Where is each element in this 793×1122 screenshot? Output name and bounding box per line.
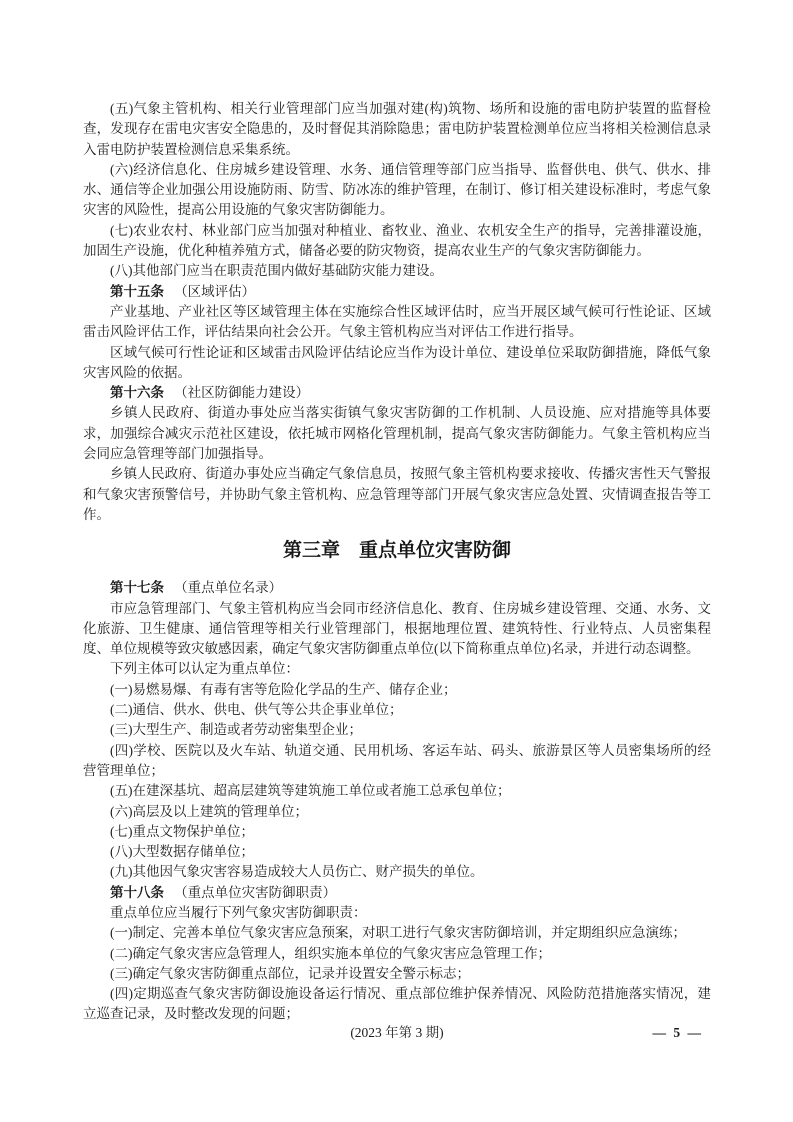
article-heading: 第十七条（重点单位名录） [83,578,711,598]
document-page: (五)气象主管机构、相关行业管理部门应当加强对建(构)筑物、场所和设施的雷电防护… [0,0,793,1122]
paragraph: (九)其他因气象灾害容易造成较大人员伤亡、财产损失的单位。 [83,862,711,882]
article-title: （社区防御能力建设） [174,385,309,400]
article-heading: 第十五条（区域评估） [83,282,711,302]
paragraph: (四)定期巡查气象灾害防御设施设备运行情况、重点部位维护保养情况、风险防范措施落… [83,984,711,1025]
paragraph: 区域气候可行性论证和区域雷击风险评估结论应当作为设计单位、建设单位采取防御措施，… [83,343,711,384]
paragraph: 下列主体可以认定为重点单位： [83,659,711,679]
paragraph: (八)大型数据存储单位； [83,842,711,862]
paragraph: 乡镇人民政府、街道办事处应当确定气象信息员，按照气象主管机构要求接收、传播灾害性… [83,464,711,525]
article-number: 第十五条 [110,284,164,299]
article-title: （区域评估） [174,284,255,299]
paragraph: (七)重点文物保护单位； [83,822,711,842]
paragraph: (三)大型生产、制造或者劳动密集型企业； [83,720,711,740]
paragraph: (四)学校、医院以及火车站、轨道交通、民用机场、客运车站、码头、旅游景区等人员密… [83,741,711,782]
paragraph: (三)确定气象灾害防御重点部位，记录并设置安全警示标志； [83,964,711,984]
article-heading: 第十六条（社区防御能力建设） [83,383,711,403]
paragraph: (二)确定气象灾害应急管理人，组织实施本单位的气象灾害应急管理工作； [83,944,711,964]
page-footer: (2023 年第 3 期) — 5 — [83,1023,711,1043]
paragraph: (一)制定、完善本单位气象灾害应急预案，对职工进行气象灾害防御培训，并定期组织应… [83,923,711,943]
paragraph: 产业基地、产业社区等区域管理主体在实施综合性区域评估时，应当开展区域气候可行性论… [83,302,711,343]
article-heading: 第十八条（重点单位灾害防御职责） [83,883,711,903]
paragraph: 重点单位应当履行下列气象灾害防御职责： [83,903,711,923]
article-title: （重点单位名录） [174,580,282,595]
paragraph: (六)经济信息化、住房城乡建设管理、水务、通信管理等部门应当指导、监督供电、供气… [83,160,711,221]
paragraph: (二)通信、供水、供电、供气等公共企事业单位； [83,700,711,720]
document-body: (五)气象主管机构、相关行业管理部门应当加强对建(构)筑物、场所和设施的雷电防护… [83,99,711,1025]
article-title: （重点单位灾害防御职责） [174,885,336,900]
article-number: 第十七条 [110,580,164,595]
article-number: 第十八条 [110,885,164,900]
paragraph: 乡镇人民政府、街道办事处应当落实街镇气象灾害防御的工作机制、人员设施、应对措施等… [83,403,711,464]
chapter-heading: 第三章 重点单位灾害防御 [83,538,711,564]
article-number: 第十六条 [110,385,164,400]
paragraph: (六)高层及以上建筑的管理单位； [83,802,711,822]
paragraph: (五)气象主管机构、相关行业管理部门应当加强对建(构)筑物、场所和设施的雷电防护… [83,99,711,160]
paragraph: (五)在建深基坑、超高层建筑等建筑施工单位或者施工总承包单位； [83,781,711,801]
footer-issue: (2023 年第 3 期) [83,1023,711,1043]
paragraph: (一)易燃易爆、有毒有害等危险化学品的生产、储存企业； [83,680,711,700]
paragraph: (七)农业农村、林业部门应当加强对种植业、畜牧业、渔业、农机安全生产的指导，完善… [83,221,711,262]
paragraph: 市应急管理部门、气象主管机构应当会同市经济信息化、教育、住房城乡建设管理、交通、… [83,599,711,660]
paragraph: (八)其他部门应当在职责范围内做好基础防灾能力建设。 [83,261,711,281]
footer-page-number: — 5 — [653,1023,704,1043]
